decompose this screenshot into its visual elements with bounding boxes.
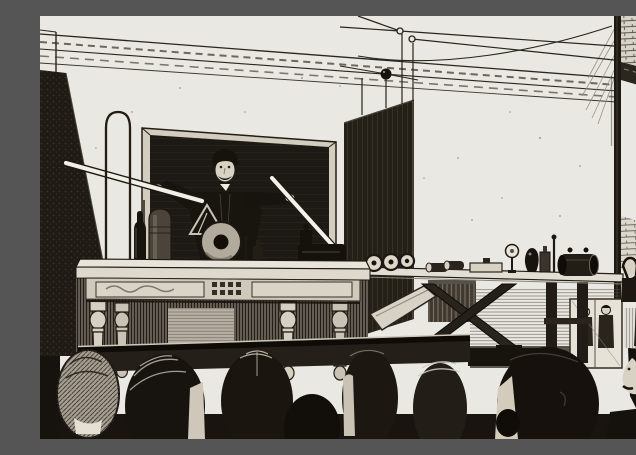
apron-panel: [252, 282, 352, 297]
wire-insulator: [397, 28, 403, 34]
wire-insulator: [409, 36, 415, 42]
cylindrical-coil: [149, 209, 171, 262]
apron-panel: [96, 282, 204, 297]
wire-ball-weight: [381, 69, 392, 80]
engraving-tesla-lecture: [40, 16, 636, 439]
audience-head: [57, 350, 119, 438]
tube-rings: [366, 254, 414, 271]
